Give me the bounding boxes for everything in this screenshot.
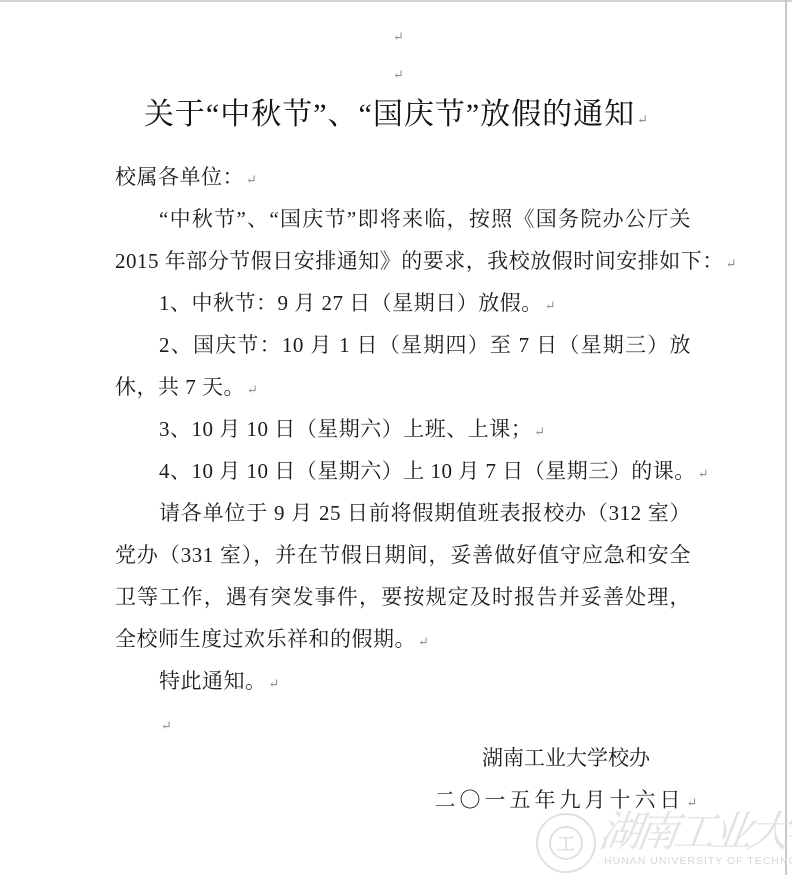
- body-line: 3、10 月 10 日（星期六）上班、上课；↵: [115, 408, 691, 450]
- body-line: “中秋节”、“国庆节”即将来临，按照《国务院办公厅关于: [115, 198, 691, 240]
- paragraph-mark-icon: ↵: [545, 298, 556, 313]
- body-line-text: 2015 年部分节假日安排通知》的要求，我校放假时间安排如下：: [115, 249, 724, 273]
- university-seal-icon: 工: [536, 813, 596, 873]
- paragraph-mark-icon: ↵: [269, 676, 280, 691]
- body-line: 校属各单位：↵: [115, 156, 691, 198]
- paragraph-mark-icon: ↵: [247, 382, 258, 397]
- body-line: 党办（331 室），并在节假日期间，妥善做好值守应急和安全保: [115, 534, 691, 576]
- paragraph-mark-icon: ↵: [393, 30, 404, 43]
- body-line-text: 2、国庆节：10 月 1 日（星期四）至 7 日（星期三）放假调: [159, 333, 691, 366]
- body-line-text: 校属各单位：: [115, 165, 244, 189]
- paragraph-mark-icon: ↵: [161, 718, 172, 733]
- body-line-text: “中秋节”、“国庆节”即将来临，按照《国务院办公厅关于: [159, 207, 691, 240]
- body-line: 2、国庆节：10 月 1 日（星期四）至 7 日（星期三）放假调: [115, 324, 691, 366]
- paragraph-mark-icon: ↵: [393, 68, 404, 81]
- body-line-text: 特此通知。: [159, 669, 267, 693]
- university-name-cn-watermark: 湖南工业大学: [596, 799, 792, 859]
- paragraph-mark-icon: ↵: [534, 424, 545, 439]
- paragraph-mark-icon: ↵: [637, 112, 648, 127]
- body-line: 全校师生度过欢乐祥和的假期。↵: [115, 618, 691, 660]
- seal-emblem-icon: 工: [549, 826, 583, 860]
- paragraph-mark-icon: ↵: [418, 634, 429, 649]
- body-line: 休，共 7 天。↵: [115, 366, 691, 408]
- notice-title-text: 关于“中秋节”、“国庆节”放假的通知: [144, 98, 635, 131]
- page-top-border: [0, 0, 792, 2]
- notice-title: 关于“中秋节”、“国庆节”放假的通知↵: [60, 93, 732, 137]
- university-name-en-watermark: HUNAN UNIVERSITY OF TECHNOLOGY: [604, 855, 792, 867]
- body-line-text: 4、10 月 10 日（星期六）上 10 月 7 日（星期三）的课。: [159, 459, 696, 483]
- body-line-text: 1、中秋节：9 月 27 日（星期日）放假。: [159, 291, 543, 315]
- paragraph-mark-icon: ↵: [726, 256, 737, 271]
- body-line: 卫等工作，遇有突发事件，要按规定及时报告并妥善处理，确保: [115, 576, 691, 618]
- body-line-text: 卫等工作，遇有突发事件，要按规定及时报告并妥善处理，确保: [115, 585, 691, 618]
- page-right-border: [785, 0, 787, 875]
- body-line-text: 全校师生度过欢乐祥和的假期。: [115, 627, 416, 651]
- body-line: 4、10 月 10 日（星期六）上 10 月 7 日（星期三）的课。↵: [115, 450, 691, 492]
- body-line-text: 休，共 7 天。: [115, 375, 245, 399]
- paragraph-mark-icon: ↵: [698, 466, 709, 481]
- signature-org-text: 湖南工业大学校办: [482, 746, 650, 770]
- body-line: 请各单位于 9 月 25 日前将假期值班表报校办（312 室）和: [115, 492, 691, 534]
- paragraph-mark-icon: ↵: [246, 172, 257, 187]
- body-line-text: 请各单位于 9 月 25 日前将假期值班表报校办（312 室）和: [159, 501, 691, 534]
- body-line: 2015 年部分节假日安排通知》的要求，我校放假时间安排如下：↵: [115, 240, 691, 282]
- body-line-text: 3、10 月 10 日（星期六）上班、上课；: [159, 417, 532, 441]
- notice-body: 校属各单位：↵“中秋节”、“国庆节”即将来临，按照《国务院办公厅关于2015 年…: [115, 156, 691, 744]
- document-page: { "marks": { "pilcrow": "↵" }, "page": {…: [0, 0, 792, 875]
- body-line: 1、中秋节：9 月 27 日（星期日）放假。↵: [115, 282, 691, 324]
- body-line: 特此通知。↵: [115, 660, 691, 702]
- university-watermark: 工 湖南工业大学 HUNAN UNIVERSITY OF TECHNOLOGY: [530, 805, 792, 875]
- signature-org: 湖南工业大学校办: [400, 737, 732, 779]
- body-line-text: 党办（331 室），并在节假日期间，妥善做好值守应急和安全保: [115, 543, 691, 576]
